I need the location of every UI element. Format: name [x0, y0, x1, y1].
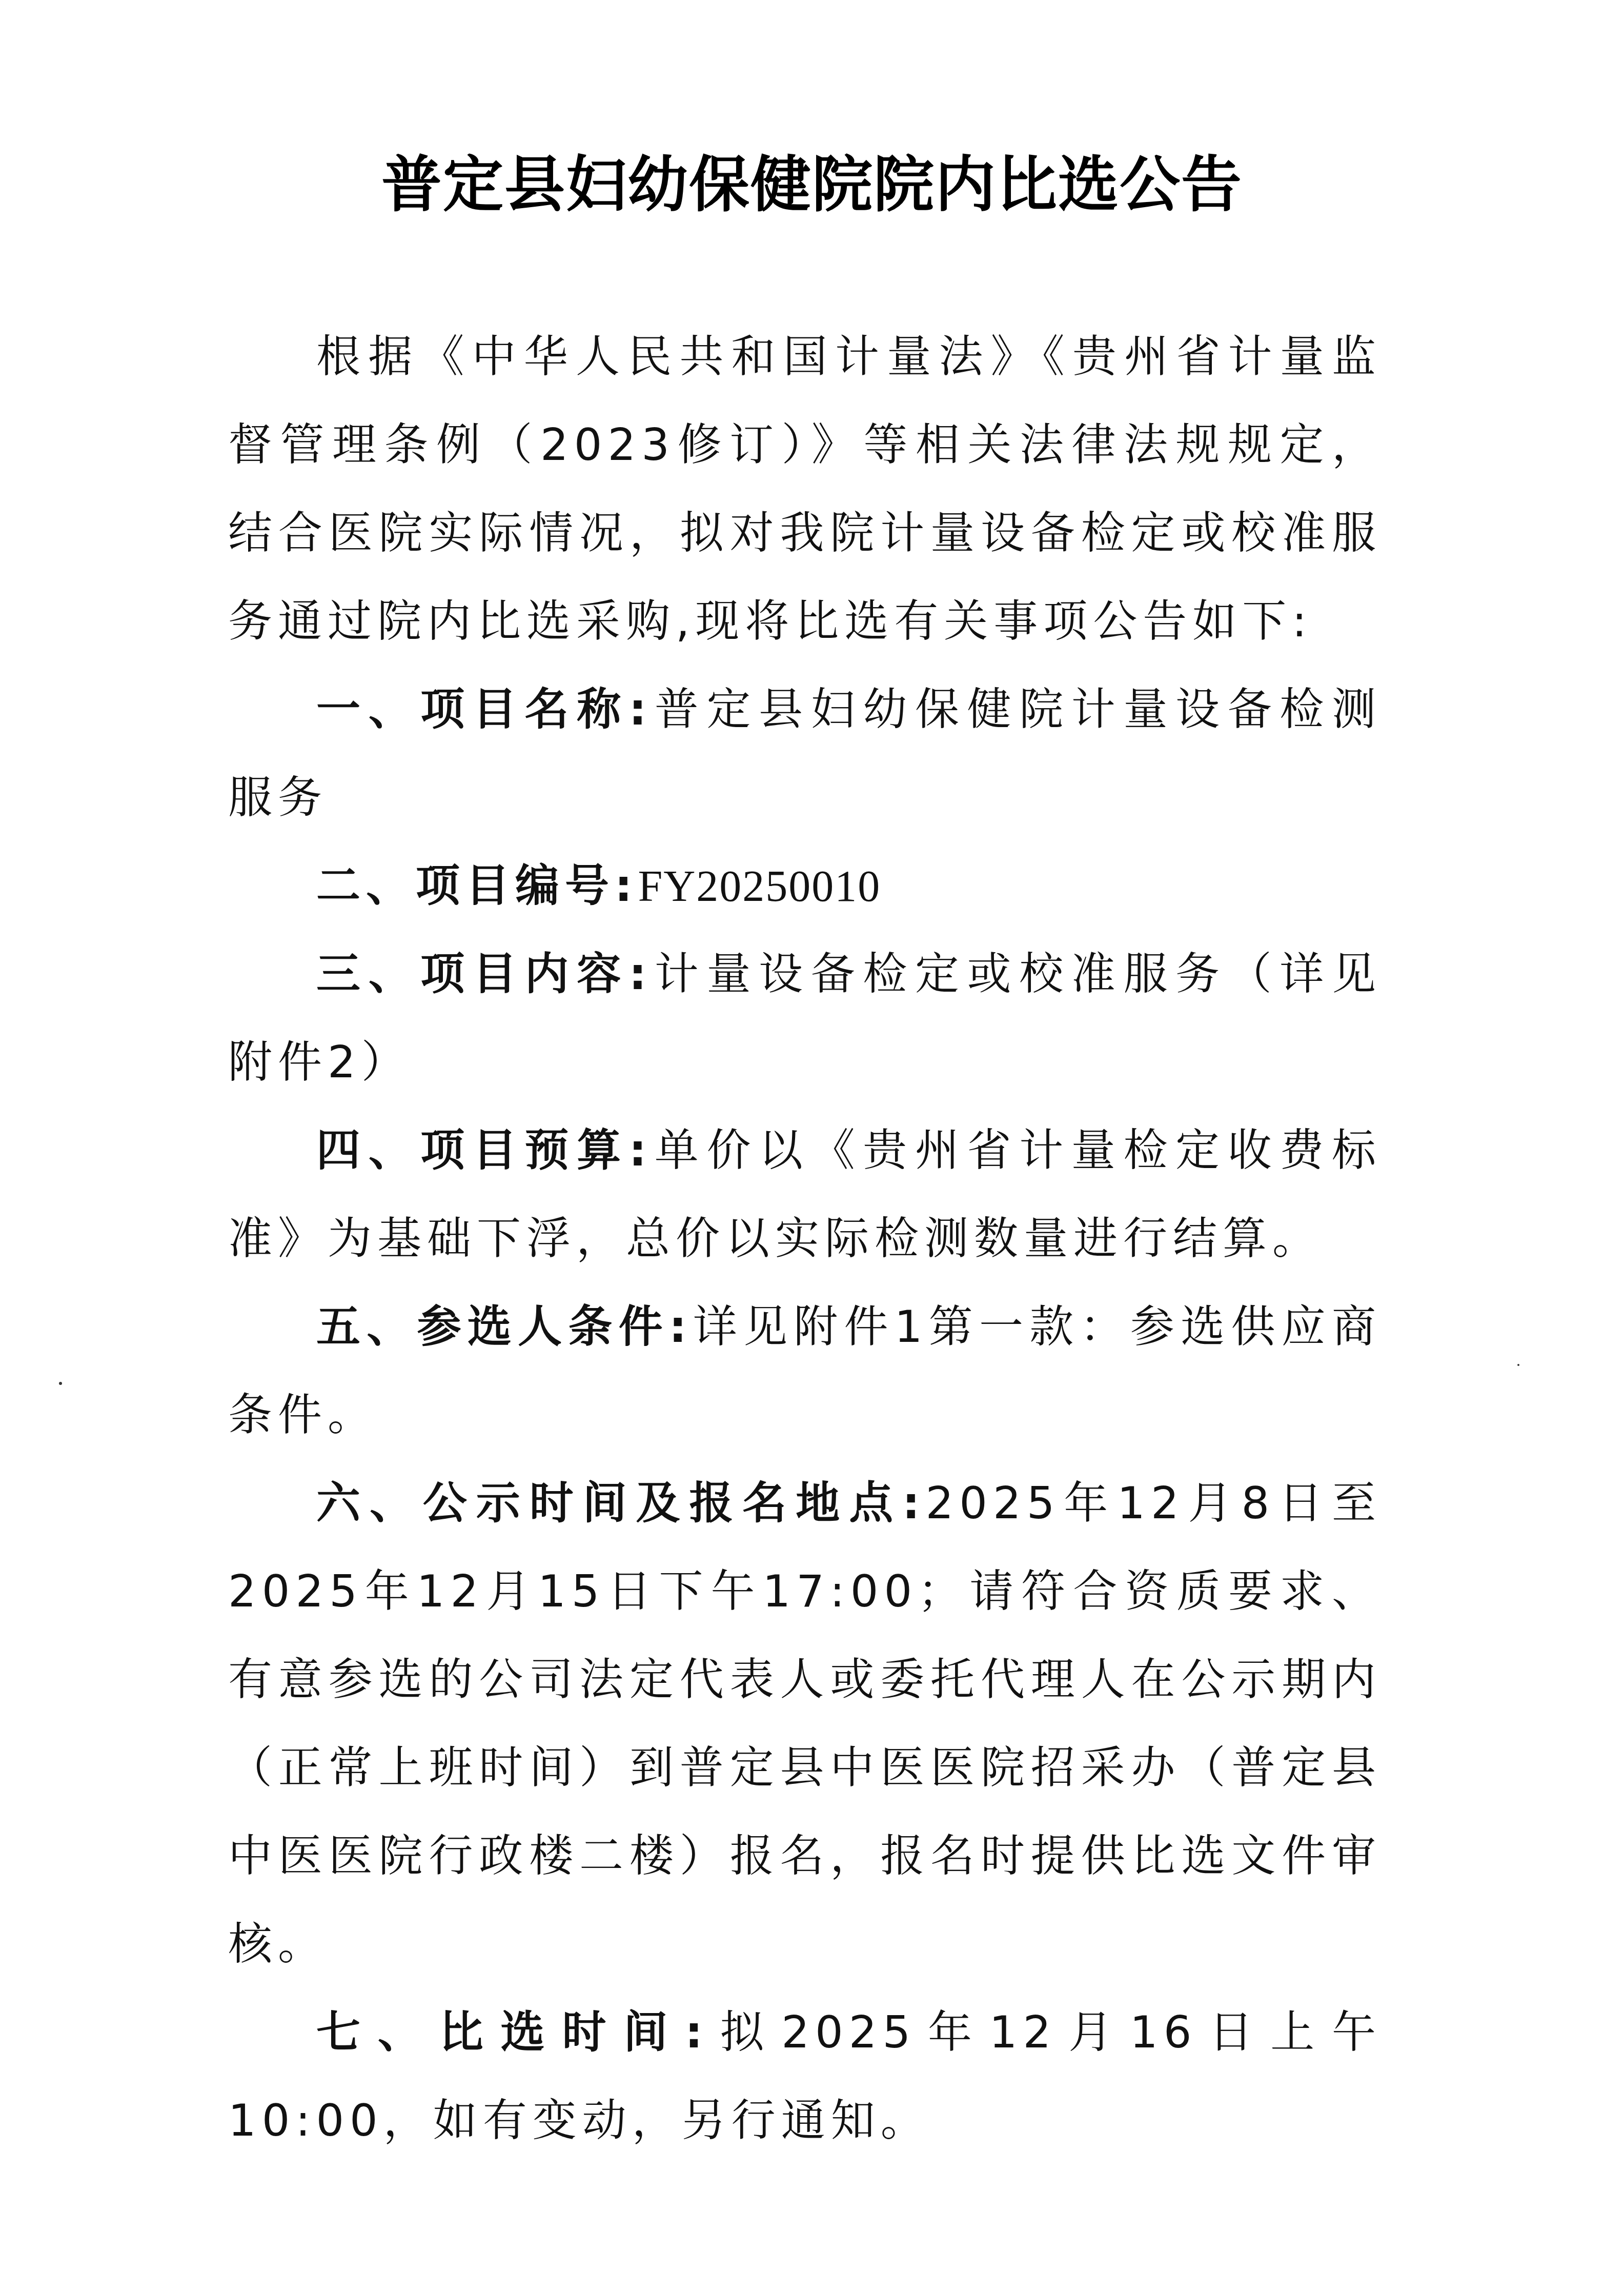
- document-body: 根据《中华人民共和国计量法》《贵州省计量监督管理条例（2023修订）》等相关法律…: [228, 313, 1382, 2165]
- section-label: 六、公示时间及报名地点:: [316, 1478, 925, 1529]
- section-project-name: 一、项目名称:普定县妇幼保健院计量设备检测服务: [228, 666, 1382, 842]
- section-label: 四、项目预算:: [316, 1125, 652, 1176]
- section-label: 一、项目名称:: [316, 684, 652, 735]
- intro-paragraph: 根据《中华人民共和国计量法》《贵州省计量监督管理条例（2023修订）》等相关法律…: [228, 313, 1382, 666]
- section-project-budget: 四、项目预算:单价以《贵州省计量检定收费标准》为基础下浮，总价以实际检测数量进行…: [228, 1107, 1382, 1283]
- section-label: 二、项目编号:: [316, 860, 638, 912]
- section-content: 2025年12月8日至2025年12月15日下午17:00；请符合资质要求、有意…: [228, 1478, 1382, 1970]
- section-selection-time: 七、比选时间:拟2025年12月16日上午10:00，如有变动，另行通知。: [228, 1988, 1382, 2165]
- page-title: 普定县妇幼保健院院内比选公告: [0, 149, 1624, 220]
- section-label: 七、比选时间:: [316, 2007, 708, 2058]
- section-content: FY20250010: [638, 861, 881, 911]
- scan-speck: [59, 1382, 62, 1385]
- section-bidder-conditions: 五、参选人条件:详见附件1第一款：参选供应商条件。: [228, 1283, 1382, 1459]
- section-label: 三、项目内容:: [316, 949, 652, 1000]
- section-project-content: 三、项目内容:计量设备检定或校准服务（详见附件2）: [228, 930, 1382, 1107]
- section-publicity-time-and-registration: 六、公示时间及报名地点:2025年12月8日至2025年12月15日下午17:0…: [228, 1459, 1382, 1988]
- scan-speck: [1517, 1364, 1519, 1366]
- section-project-number: 二、项目编号:FY20250010: [228, 842, 1382, 930]
- document-page: 普定县妇幼保健院院内比选公告 根据《中华人民共和国计量法》《贵州省计量监督管理条…: [0, 0, 1624, 2292]
- section-label: 五、参选人条件:: [316, 1301, 692, 1353]
